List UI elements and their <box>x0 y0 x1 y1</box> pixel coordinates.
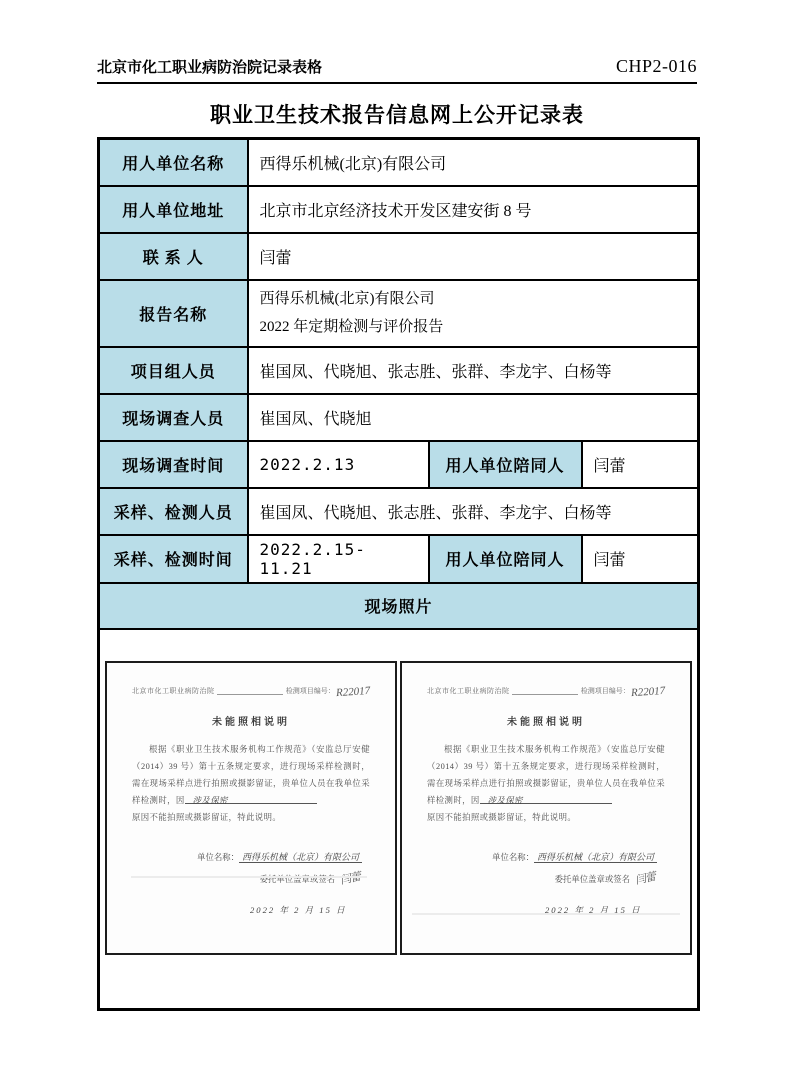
scan-project-no-value: R22017 <box>335 684 370 698</box>
label-employer-escort-1: 用人单位陪同人 <box>429 441 582 488</box>
header-rule <box>512 694 578 695</box>
scan-header: 北京市化工职业病防治院 检测项目编号： R22017 <box>427 684 665 696</box>
scan-paragraph: 根据《职业卫生技术服务机构工作规范》（安监总厅安健（2014）39 号）第十五条… <box>132 741 370 809</box>
scan-unit-line: 单位名称：西得乐机械（北京）有限公司 <box>132 850 362 863</box>
scan-blank-underline: 涉及保密 <box>185 792 317 804</box>
scan-unit-name: 西得乐机械（北京）有限公司 <box>239 852 362 863</box>
form-series-title: 北京市化工职业病防治院记录表格 <box>97 56 322 77</box>
label-site-survey-staff: 现场调查人员 <box>99 394 248 441</box>
document-page: 北京市化工职业病防治院记录表格 CHP2-016 职业卫生技术报告信息网上公开记… <box>0 0 793 1069</box>
value-employer-escort-1: 闫蕾 <box>582 441 699 488</box>
scan-signature: 闫蕾 <box>634 868 657 888</box>
label-contact-person: 联 系 人 <box>99 233 248 280</box>
label-sampling-time: 采样、检测时间 <box>99 535 248 583</box>
scan-project-no-label: 检测项目编号： <box>286 686 335 696</box>
scan-blank-underline: 涉及保密 <box>480 792 612 804</box>
label-employer-name: 用人单位名称 <box>99 139 248 186</box>
value-sampling-staff: 崔国凤、代晓旭、张志胜、张群、李龙宇、白杨等 <box>248 488 699 535</box>
scan-title: 未能照相说明 <box>427 713 665 728</box>
label-project-team: 项目组人员 <box>99 347 248 394</box>
scan-seal-line: 委托单位盖章或签名闫蕾 <box>132 870 362 886</box>
value-site-survey-time: 2022.2.13 <box>248 441 429 488</box>
scan-org-name: 北京市化工职业病防治院 <box>427 686 510 696</box>
scan-para-tail: 原因不能拍照或摄影留证，特此说明。 <box>427 809 665 826</box>
scan-paragraph: 根据《职业卫生技术服务机构工作规范》（安监总厅安健（2014）39 号）第十五条… <box>427 741 665 809</box>
scan-blank-handwriting: 涉及保密 <box>488 796 523 805</box>
photo-scan-right: 北京市化工职业病防治院 检测项目编号： R22017 未能照相说明 根据《职业卫… <box>400 661 692 955</box>
scan-project-no-value: R22017 <box>630 684 665 698</box>
document-header: 北京市化工职业病防治院记录表格 CHP2-016 <box>97 56 697 84</box>
scan-sign-block: 单位名称：西得乐机械（北京）有限公司 委托单位盖章或签名闫蕾 <box>427 850 665 886</box>
header-rule <box>217 694 283 695</box>
scan-unit-label: 单位名称： <box>492 853 534 862</box>
scan-unit-name: 西得乐机械（北京）有限公司 <box>534 852 657 863</box>
form-code: CHP2-016 <box>616 56 697 77</box>
report-name-line2: 2022 年定期检测与评价报告 <box>260 313 687 342</box>
report-name-line1: 西得乐机械(北京)有限公司 <box>260 285 687 314</box>
scan-project-no-label: 检测项目编号： <box>581 686 630 696</box>
scan-date-line: 2022 年 2 月 15 日 <box>132 904 370 916</box>
scan-blank-handwriting: 涉及保密 <box>193 796 228 805</box>
value-project-team: 崔国凤、代晓旭、张志胜、张群、李龙宇、白杨等 <box>248 347 699 394</box>
scan-para-tail: 原因不能拍照或摄影留证，特此说明。 <box>132 809 370 826</box>
label-site-survey-time: 现场调查时间 <box>99 441 248 488</box>
scan-unit-line: 单位名称：西得乐机械（北京）有限公司 <box>427 850 657 863</box>
scan-header: 北京市化工职业病防治院 检测项目编号： R22017 <box>132 684 370 696</box>
value-sampling-time: 2022.2.15-11.21 <box>248 535 429 583</box>
scan-signature: 闫蕾 <box>339 868 362 888</box>
scan-seal-label: 委托单位盖章或签名 <box>555 875 630 884</box>
site-photos-cell: 北京市化工职业病防治院 检测项目编号： R22017 未能照相说明 根据《职业卫… <box>99 629 699 1010</box>
value-employer-escort-2: 闫蕾 <box>582 535 699 583</box>
photo-scan-left: 北京市化工职业病防治院 检测项目编号： R22017 未能照相说明 根据《职业卫… <box>105 661 397 955</box>
value-report-name: 西得乐机械(北京)有限公司 2022 年定期检测与评价报告 <box>248 280 699 347</box>
scan-artifact-line <box>412 913 680 915</box>
scan-date: 2022 年 2 月 15 日 <box>250 905 347 915</box>
scanned-photos-container: 北京市化工职业病防治院 检测项目编号： R22017 未能照相说明 根据《职业卫… <box>100 661 697 955</box>
value-employer-address: 北京市北京经济技术开发区建安街 8 号 <box>248 186 699 233</box>
label-employer-escort-2: 用人单位陪同人 <box>429 535 582 583</box>
scan-org-name: 北京市化工职业病防治院 <box>132 686 215 696</box>
record-table: 用人单位名称 西得乐机械(北京)有限公司 用人单位地址 北京市北京经济技术开发区… <box>97 137 700 1011</box>
label-site-photos: 现场照片 <box>99 583 699 629</box>
value-employer-name: 西得乐机械(北京)有限公司 <box>248 139 699 186</box>
scan-title: 未能照相说明 <box>132 713 370 728</box>
value-contact-person: 闫蕾 <box>248 233 699 280</box>
scan-unit-label: 单位名称： <box>197 853 239 862</box>
scan-sign-block: 单位名称：西得乐机械（北京）有限公司 委托单位盖章或签名闫蕾 <box>132 850 370 886</box>
label-report-name: 报告名称 <box>99 280 248 347</box>
value-site-survey-staff: 崔国凤、代晓旭 <box>248 394 699 441</box>
label-sampling-staff: 采样、检测人员 <box>99 488 248 535</box>
page-title: 职业卫生技术报告信息网上公开记录表 <box>97 99 697 129</box>
scan-seal-line: 委托单位盖章或签名闫蕾 <box>427 870 657 886</box>
label-employer-address: 用人单位地址 <box>99 186 248 233</box>
scan-artifact-line <box>131 876 367 878</box>
